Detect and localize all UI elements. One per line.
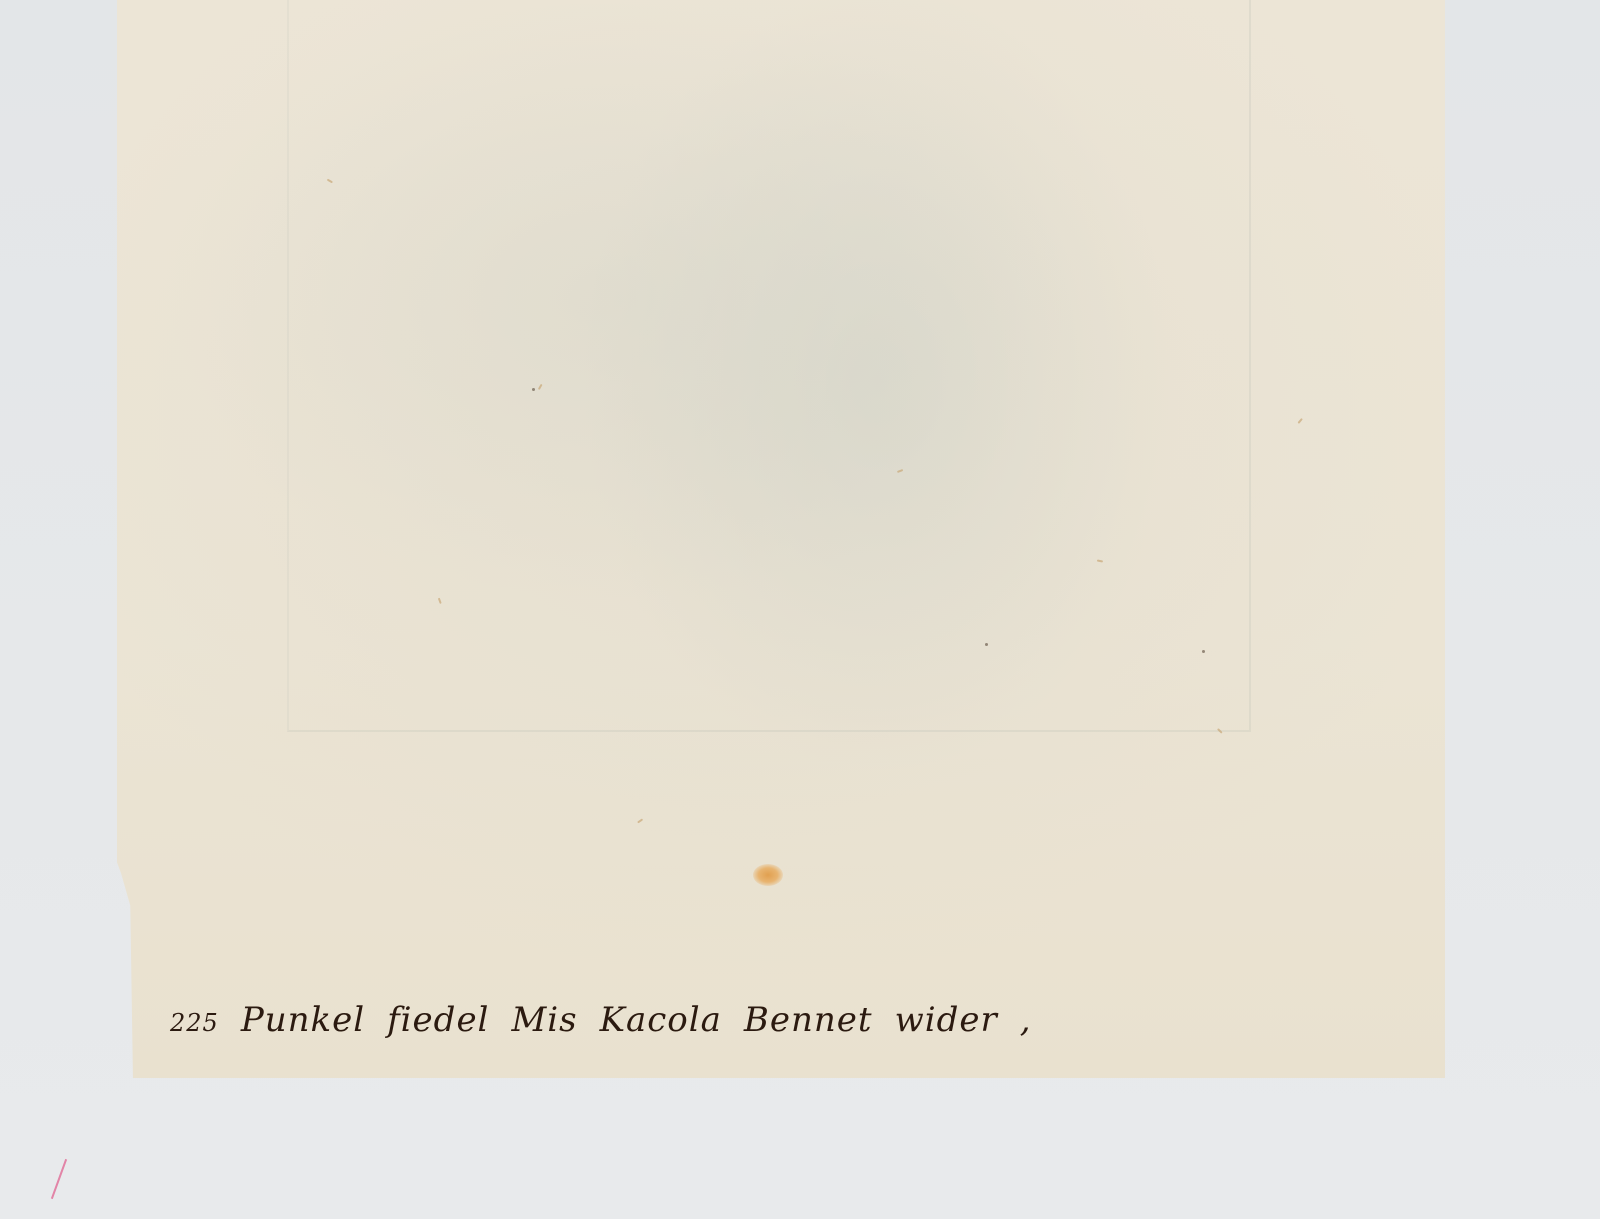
paper-speck bbox=[985, 643, 988, 646]
plate-impression-showthrough bbox=[287, 0, 1251, 732]
paper-speck bbox=[532, 388, 535, 391]
inscription-word: wider bbox=[895, 1000, 998, 1040]
paper-fleck bbox=[637, 818, 643, 823]
inscription-mark: , bbox=[1020, 1000, 1032, 1040]
paper-sheet bbox=[117, 0, 1445, 1078]
handwritten-inscription: 225PunkelfiedelMisKacolaBennetwider, bbox=[170, 1000, 1032, 1040]
foxing-stain bbox=[753, 864, 783, 886]
inscription-word: fiedel bbox=[387, 1000, 489, 1040]
inscription-word: Mis bbox=[511, 1000, 577, 1040]
inscription-word: Kacola bbox=[600, 1000, 722, 1040]
inscription-word: Bennet bbox=[744, 1000, 873, 1040]
paper-speck bbox=[1202, 650, 1205, 653]
pink-pen-mark bbox=[51, 1159, 67, 1199]
inscription-number: 225 bbox=[170, 1009, 219, 1037]
inscription-word: Punkel bbox=[241, 1000, 365, 1040]
paper-fleck bbox=[1297, 418, 1302, 424]
